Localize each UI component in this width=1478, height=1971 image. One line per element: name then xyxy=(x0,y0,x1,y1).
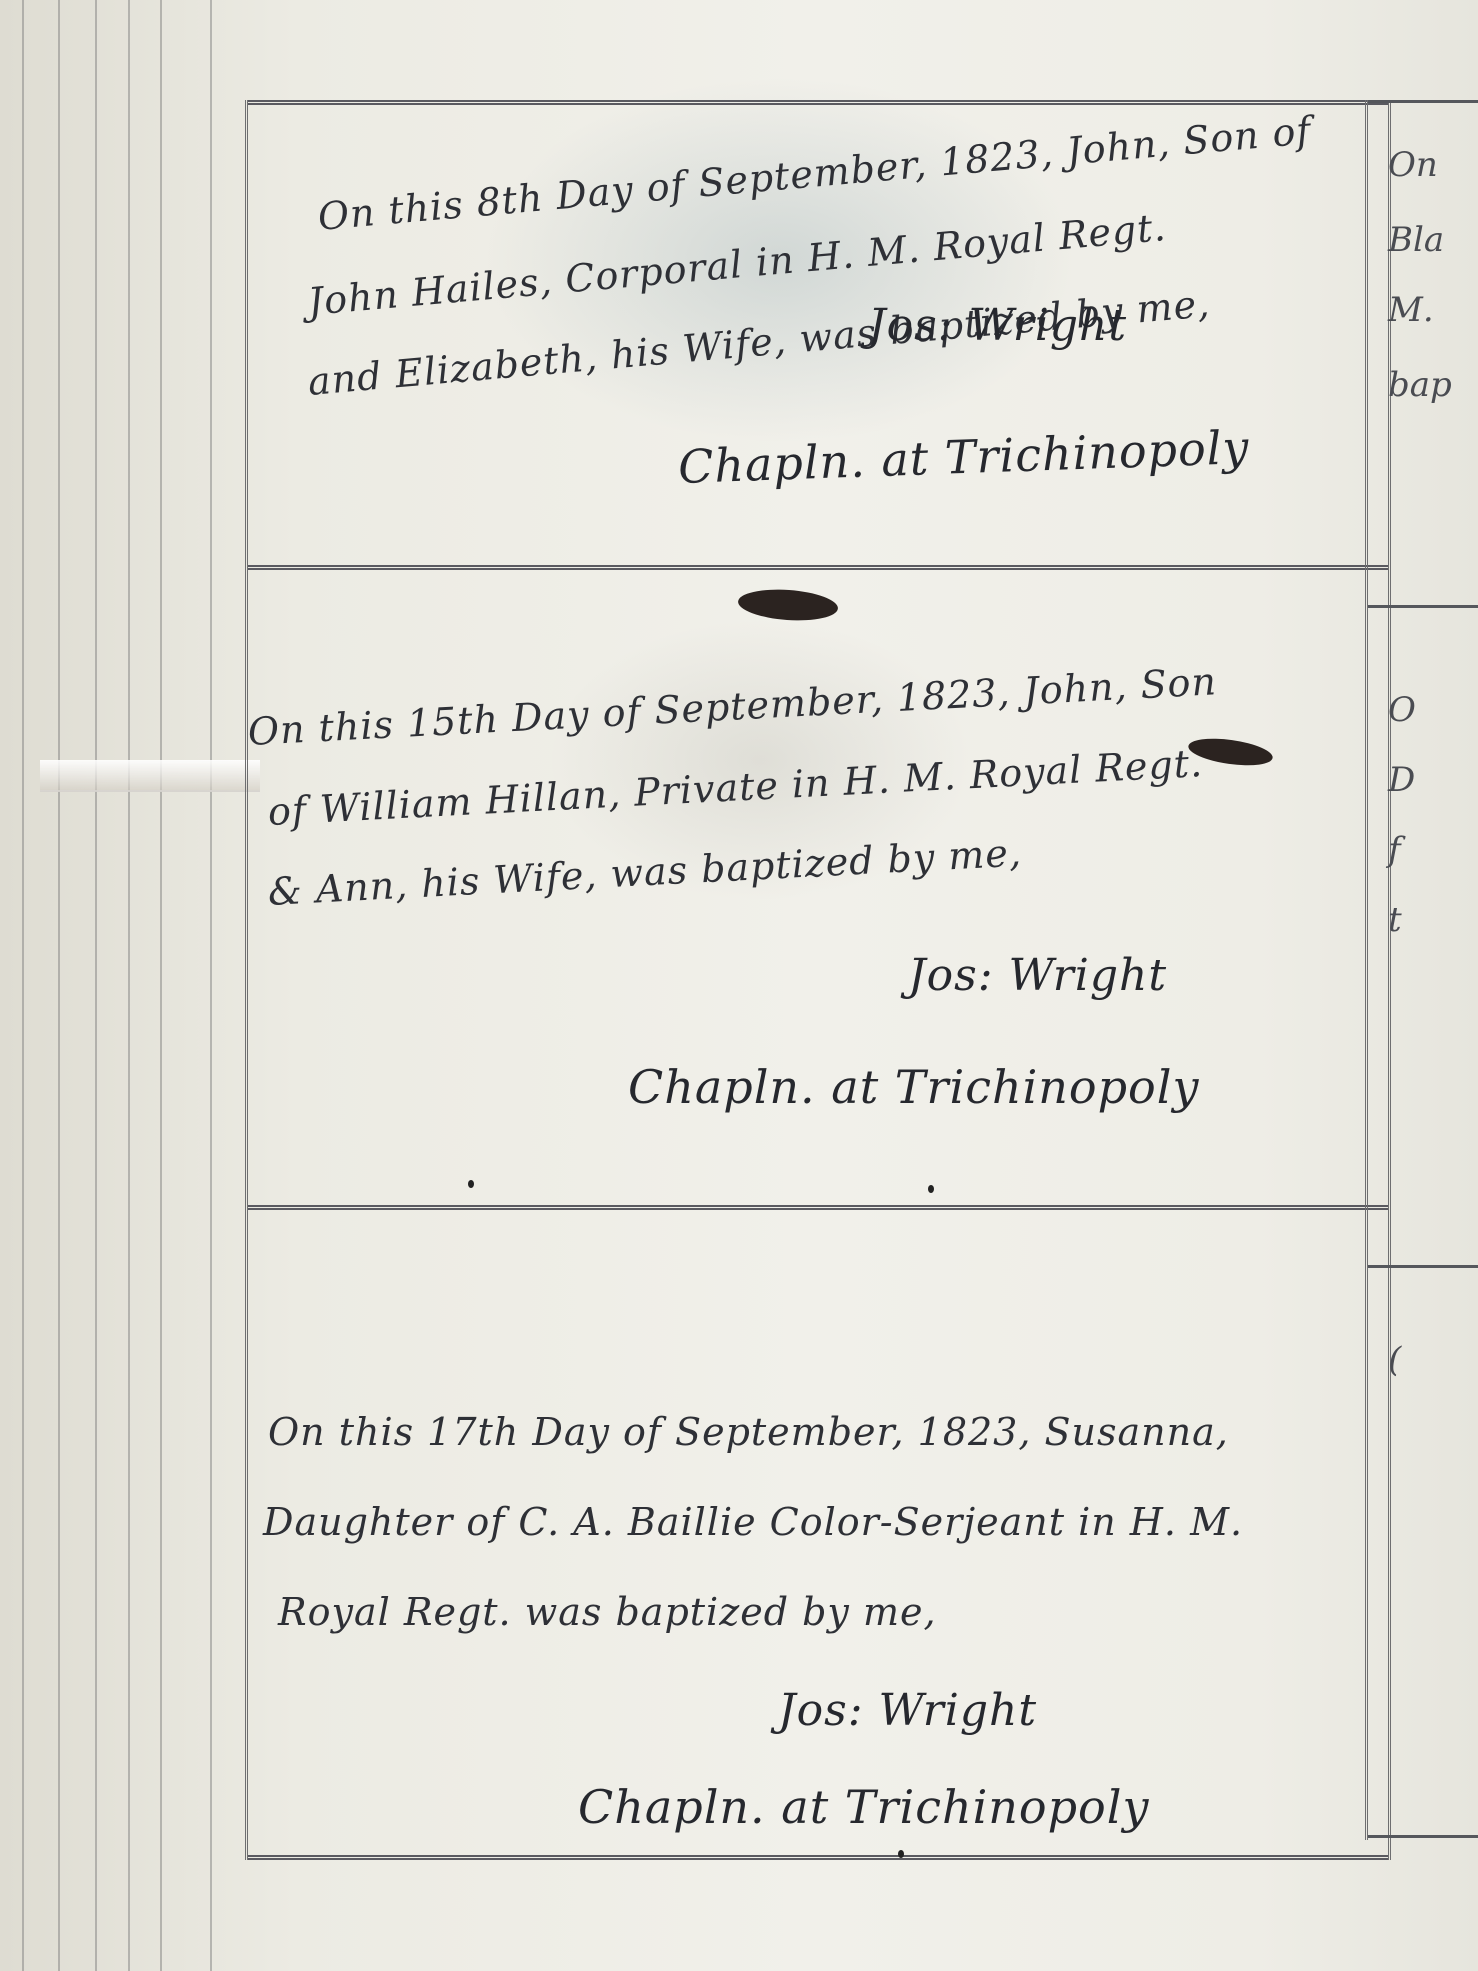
baptism-entry-1: On this 8th Day of September, 1823, John… xyxy=(248,100,1388,565)
fragment-text: O xyxy=(1388,690,1416,730)
rule-line xyxy=(1368,100,1478,103)
page-edge xyxy=(22,0,24,1971)
page-edge xyxy=(128,0,130,1971)
fragment-text: M. xyxy=(1388,290,1434,330)
entry-line: Daughter of C. A. Baillie Color-Serjeant… xyxy=(263,1500,1243,1544)
rule-line xyxy=(1368,605,1478,608)
entry-line: On this 15th Day of September, 1823, Joh… xyxy=(247,659,1218,754)
rule-line xyxy=(1368,1265,1478,1268)
ink-dot xyxy=(928,1185,934,1193)
facing-page-fragment: On Bla M. bap O D f t ( xyxy=(1365,100,1478,1840)
fragment-text: f xyxy=(1388,830,1401,870)
page-edge xyxy=(160,0,162,1971)
fragment-text: Bla xyxy=(1388,220,1444,260)
signature: Jos: Wright xyxy=(868,300,1127,351)
fragment-text: t xyxy=(1388,900,1402,940)
page-edge xyxy=(210,0,212,1971)
entry-line: & Ann, his Wife, was baptized by me, xyxy=(267,831,1023,914)
fragment-text: D xyxy=(1388,760,1415,800)
stacked-page-edges xyxy=(0,0,250,1971)
signature: Jos: Wright xyxy=(778,1685,1037,1736)
signature-title: Chapln. at Trichinopoly xyxy=(578,1780,1149,1834)
entry-line: On this 17th Day of September, 1823, Sus… xyxy=(268,1410,1229,1454)
entry-line: of William Hillan, Private in H. M. Roya… xyxy=(267,741,1204,834)
baptism-entry-2: On this 15th Day of September, 1823, Joh… xyxy=(248,565,1388,1205)
torn-page-fold xyxy=(40,760,260,792)
fragment-text: On xyxy=(1388,145,1438,185)
rule-line xyxy=(1368,1835,1478,1838)
fragment-text: ( xyxy=(1388,1340,1401,1380)
register-page: On this 8th Day of September, 1823, John… xyxy=(245,100,1391,1860)
signature: Jos: Wright xyxy=(908,950,1167,1001)
page-edge xyxy=(95,0,97,1971)
ink-dot xyxy=(898,1850,904,1858)
page-edge xyxy=(58,0,60,1971)
ink-dot xyxy=(468,1180,474,1188)
ink-blot xyxy=(737,587,839,624)
baptism-entry-3: On this 17th Day of September, 1823, Sus… xyxy=(248,1205,1388,1860)
signature-title: Chapln. at Trichinopoly xyxy=(628,1060,1199,1114)
entry-line: Royal Regt. was baptized by me, xyxy=(278,1590,937,1634)
fragment-text: bap xyxy=(1388,365,1452,405)
signature-title: Chapln. at Trichinopoly xyxy=(677,420,1250,494)
